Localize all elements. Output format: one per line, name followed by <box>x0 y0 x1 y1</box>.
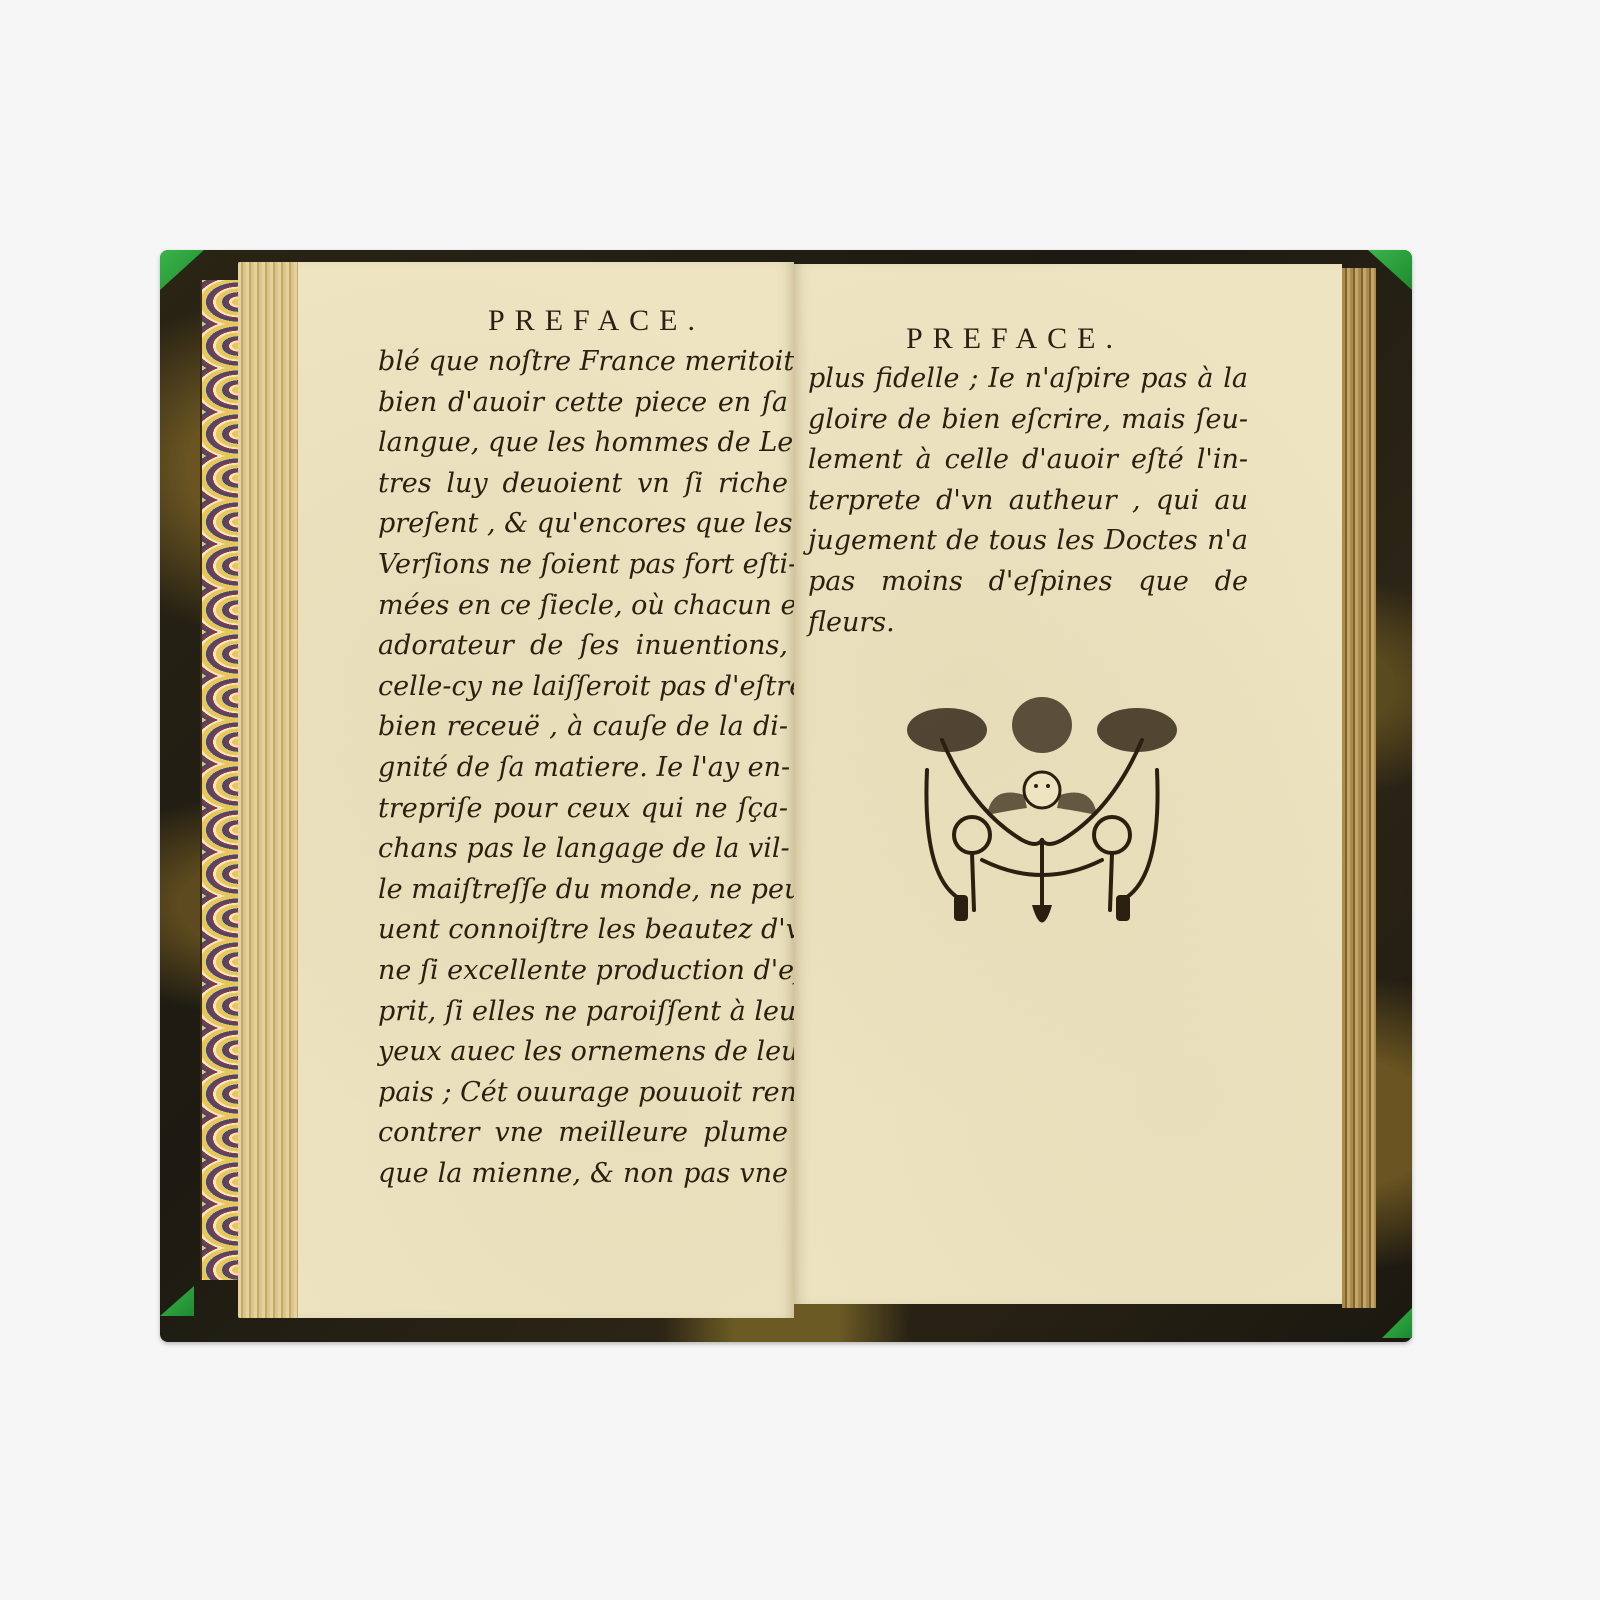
text-line: terprete d'vn autheur , qui au <box>808 481 1248 522</box>
text-line: pas moins d'eſpines que de <box>808 562 1248 603</box>
text-line: chans pas le langage de la vil- <box>378 829 788 870</box>
woodcut-ornament-icon <box>902 690 1182 950</box>
text-line: lement à celle d'auoir eſté l'in- <box>808 440 1248 481</box>
text-line: uent connoiſtre les beautez d'v- <box>378 910 788 951</box>
text-line: tres luy deuoient vn ſi riche <box>378 464 788 505</box>
text-line: fleurs. <box>808 603 1248 644</box>
text-line: le maiſtreſſe du monde, ne peu- <box>378 870 788 911</box>
right-page: PREFACE. plus fidelle ; Ie n'aſpire pas … <box>794 264 1342 1304</box>
text-line: bien receuë , à cauſe de la di- <box>378 707 788 748</box>
left-page: PREFACE. blé que noſtre France meritoit … <box>298 262 794 1318</box>
right-page-text: plus fidelle ; Ie n'aſpire pas à la gloi… <box>808 359 1248 643</box>
text-line: jugement de tous les Doctes n'a <box>808 521 1248 562</box>
text-line: Verſions ne ſoient pas fort eſti- <box>378 545 788 586</box>
marbled-endpaper <box>200 280 238 1280</box>
right-page-block-edge <box>1342 268 1376 1308</box>
text-line: yeux auec les ornemens de leur <box>378 1032 788 1073</box>
text-line: celle-cy ne laiſſeroit pas d'eſtre <box>378 667 788 708</box>
text-line: contrer vne meilleure plume <box>378 1113 788 1154</box>
text-line: gloire de bien eſcrire, mais ſeu- <box>808 400 1248 441</box>
left-running-head: PREFACE. <box>488 304 705 338</box>
text-line: blé que noſtre France meritoit <box>378 342 788 383</box>
open-book: PREFACE. blé que noſtre France meritoit … <box>160 250 1412 1342</box>
left-page-block-edge <box>238 262 300 1318</box>
text-line: mées en ce ſiecle, où chacun eſt <box>378 586 788 627</box>
text-line: plus fidelle ; Ie n'aſpire pas à la <box>808 359 1248 400</box>
text-line: bien d'auoir cette piece en ſa <box>378 383 788 424</box>
left-page-text: blé que noſtre France meritoit bien d'au… <box>378 342 788 1194</box>
text-line: langue, que les hommes de Let- <box>378 423 788 464</box>
text-line: ne ſi excellente production d'eſ- <box>378 951 788 992</box>
text-line: pais ; Cét ouurage pouuoit ren- <box>378 1073 788 1114</box>
text-line: trepriſe pour ceux qui ne ſça- <box>378 789 788 830</box>
text-line: adorateur de ſes inuentions, <box>378 626 788 667</box>
text-line: preſent , & qu'encores que les <box>378 504 788 545</box>
text-line: prit, ſi elles ne paroiſſent à leurs <box>378 992 788 1033</box>
right-running-head: PREFACE. <box>906 322 1123 356</box>
text-line: que la mienne, & non pas vne <box>378 1154 788 1195</box>
text-line: gnité de ſa matiere. Ie l'ay en- <box>378 748 788 789</box>
